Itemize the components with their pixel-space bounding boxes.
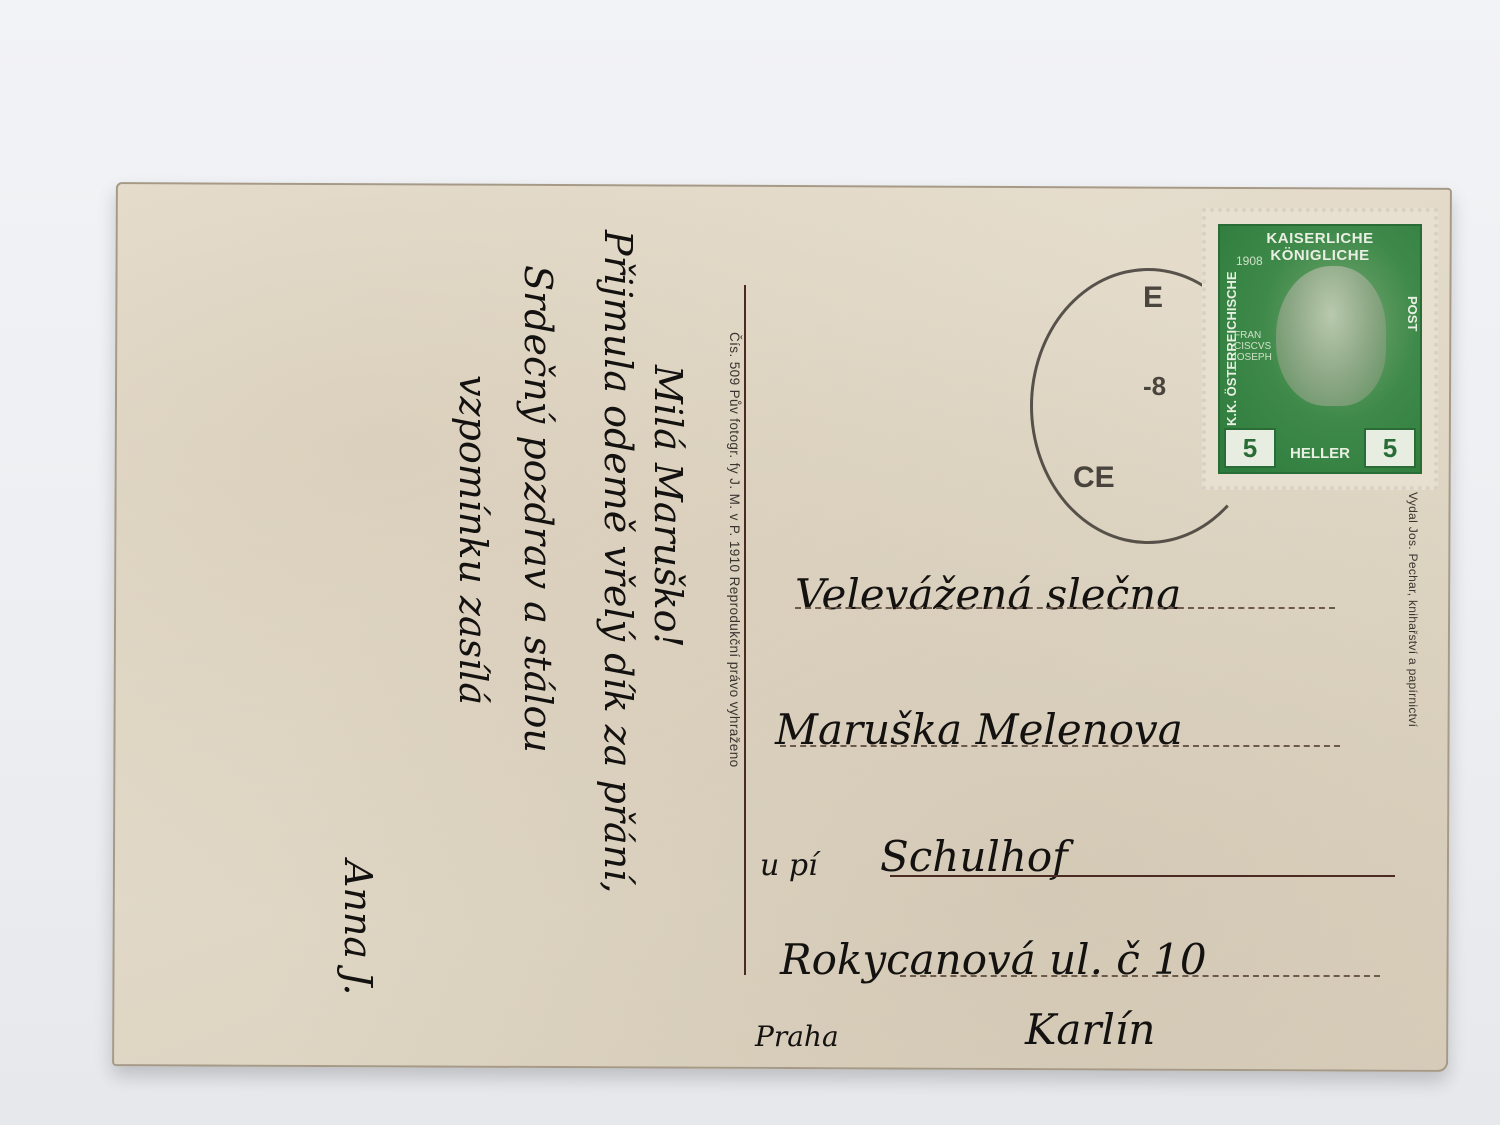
emperor-portrait-icon [1276, 266, 1386, 406]
address-care-of: Schulhof [880, 832, 1068, 881]
address-line-4 [900, 975, 1380, 977]
message-line-2: Srdečný pozdrav a stálou [516, 265, 560, 753]
stamp-design: KAISERLICHE KÖNIGLICHE K.K. ÖSTERREICHIS… [1218, 224, 1422, 474]
postmark-date: -8 [1143, 371, 1166, 402]
postmark-fragment-bottom: CE [1073, 461, 1115, 495]
postmark-fragment-top: E [1143, 281, 1163, 315]
stamp-emperor-name: FRAN CISCVS IOSEPH I [1234, 330, 1272, 374]
stamp-value-left: 5 [1224, 428, 1276, 468]
publisher-note: Čís. 509 Pův fotogr. fy J. M. v P. 1910 … [727, 332, 742, 768]
address-city-prefix: Praha [755, 1020, 839, 1053]
address-line-1 [795, 607, 1335, 609]
address-line-3 [890, 875, 1395, 877]
postage-stamp: KAISERLICHE KÖNIGLICHE K.K. ÖSTERREICHIS… [1202, 208, 1438, 490]
publisher-credit: Vydal Jos. Pechar, knihařství a papírnic… [1406, 492, 1420, 727]
message-signature: Anna J. [336, 860, 380, 996]
stamp-unit: HELLER [1278, 445, 1362, 462]
stamp-side-right: POST [1405, 296, 1420, 331]
message-line-3: vzpomínku zasílá [451, 375, 495, 705]
message-greeting: Milá Maruško! [646, 365, 690, 648]
stamp-value-bar: 5 HELLER 5 [1220, 428, 1420, 468]
address-city: Karlín [1025, 1005, 1155, 1054]
stamp-value-right: 5 [1364, 428, 1416, 468]
address-line-2 [780, 745, 1340, 747]
address-salutation: Velevážená slečna [795, 570, 1181, 619]
stamp-year: 1908 [1236, 254, 1263, 268]
divider-line [744, 285, 746, 975]
address-care-of-prefix: u pí [760, 848, 818, 883]
message-line-1: Přijmula odemě vřelý dík za přání, [596, 230, 640, 893]
